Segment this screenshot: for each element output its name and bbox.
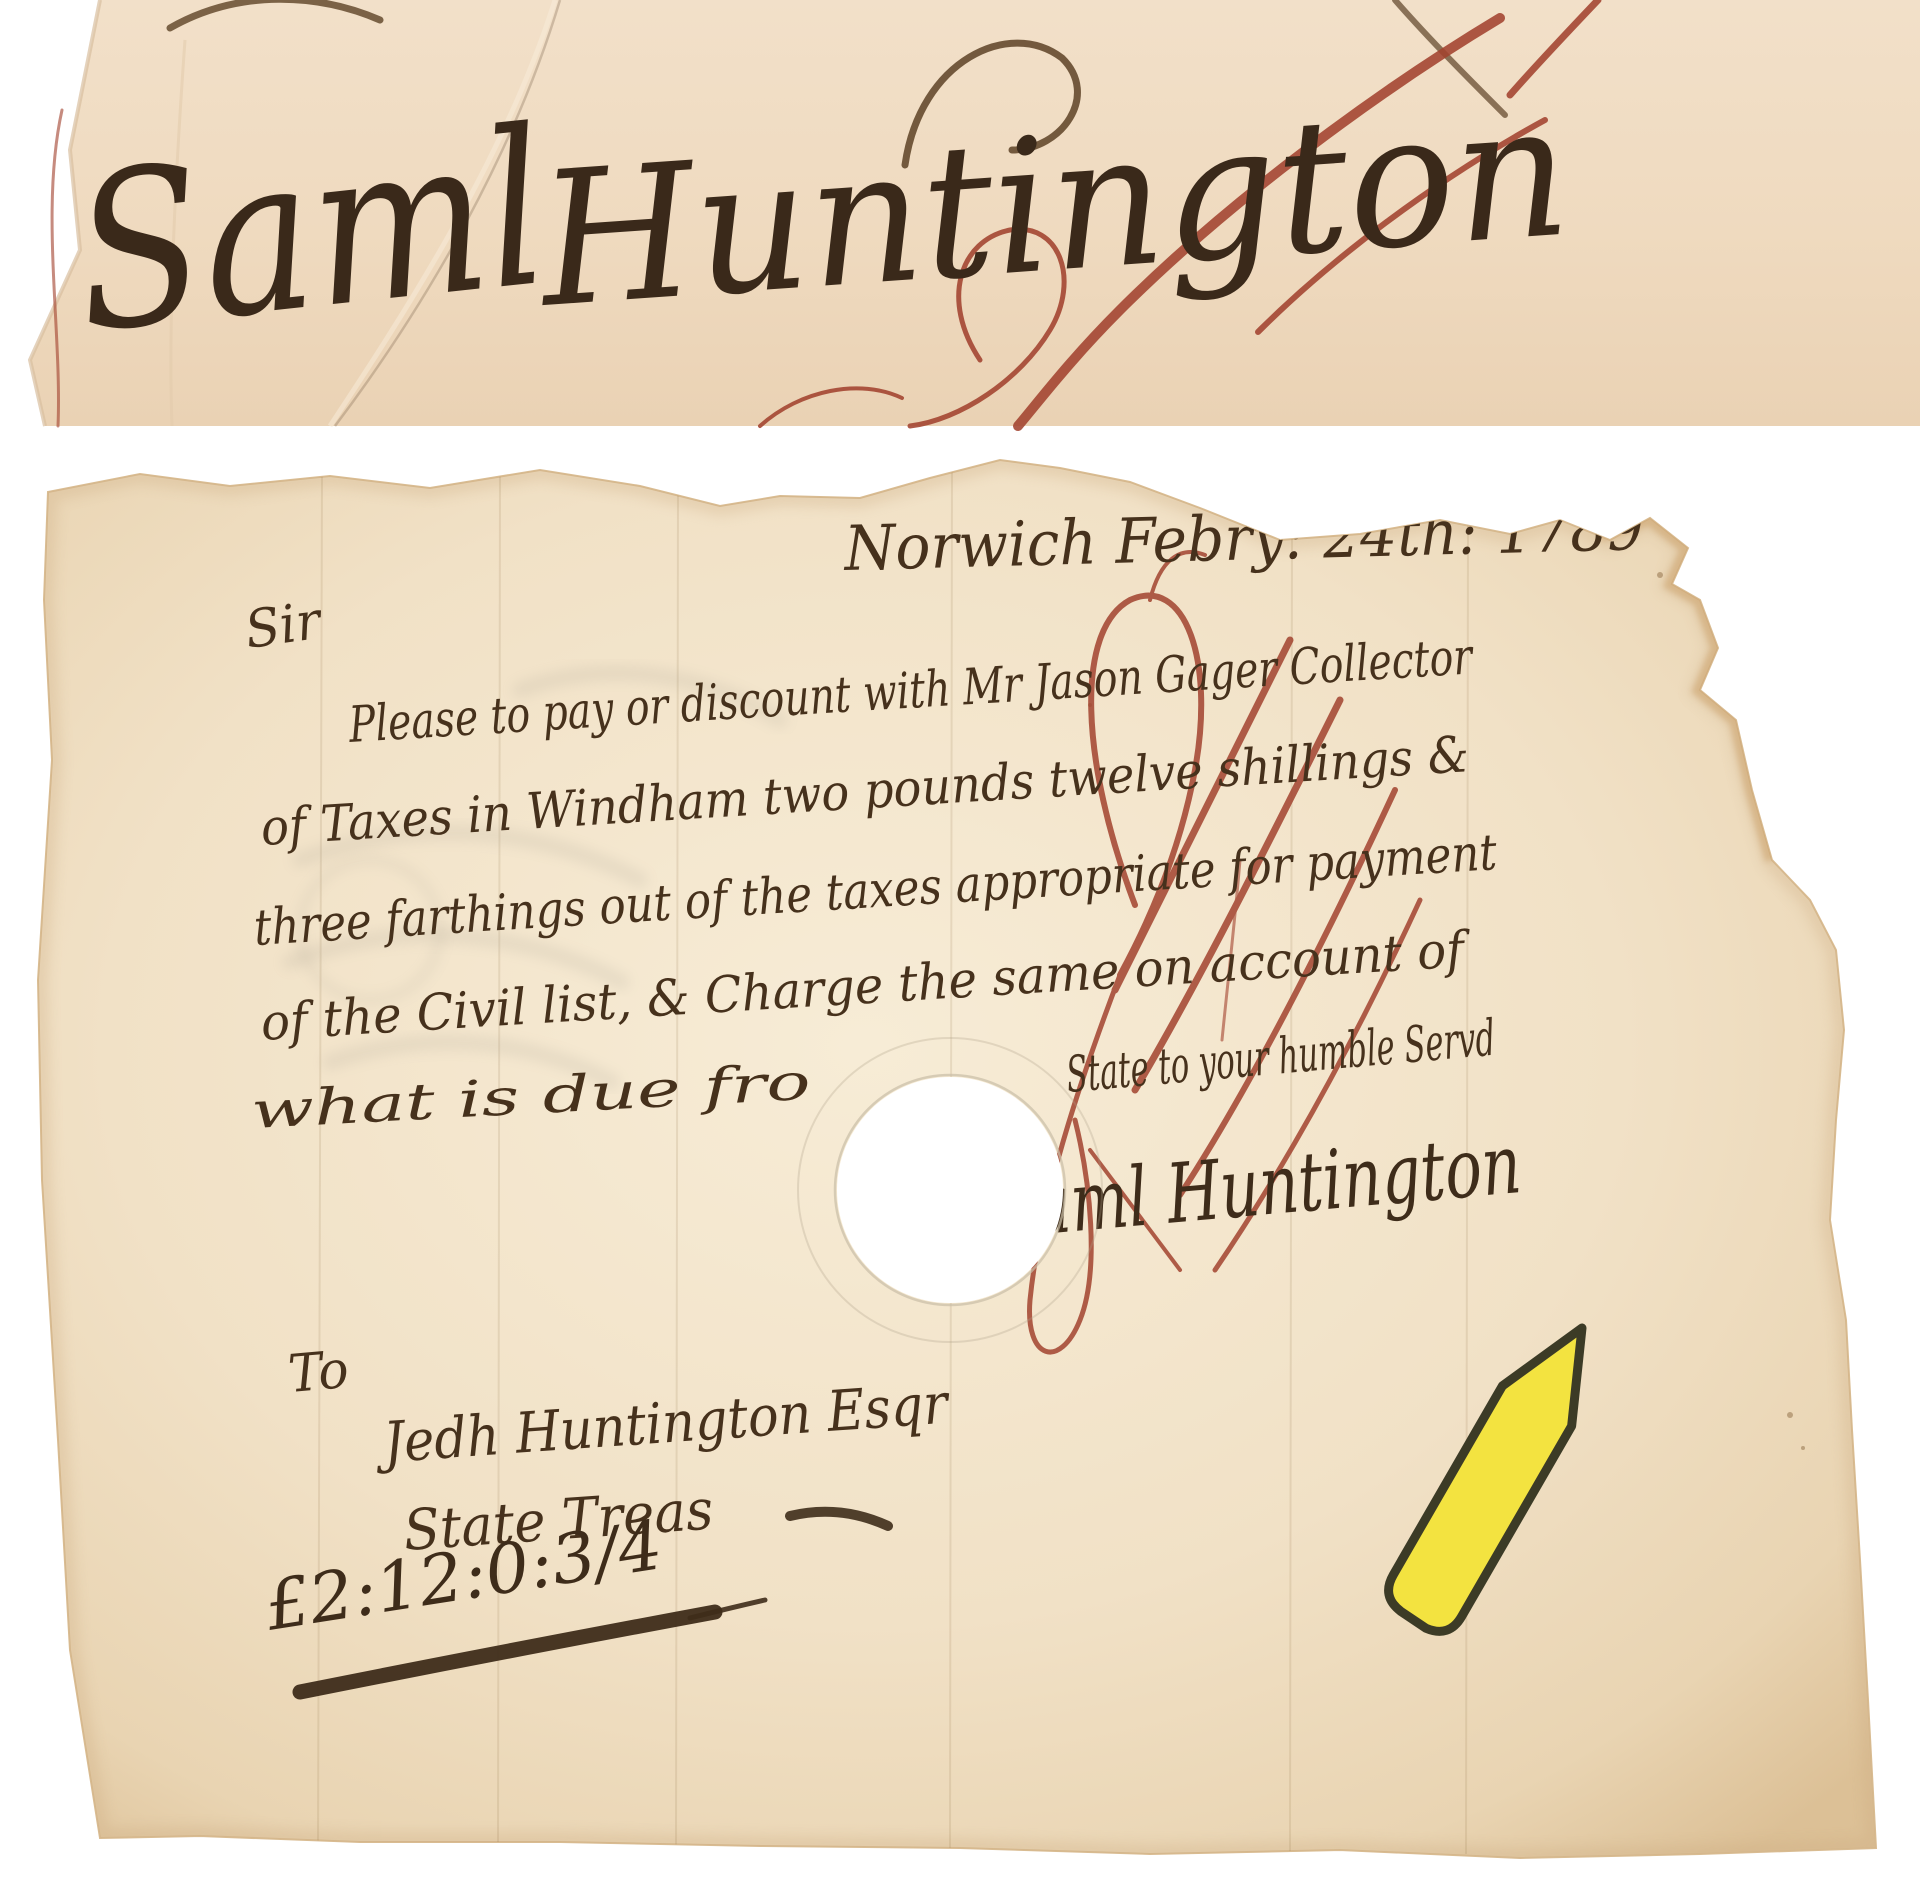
address-to: To (286, 1340, 351, 1405)
salutation: Sir (241, 591, 327, 661)
scanned-document-page: Saml Huntington (0, 0, 1920, 1892)
document-photo: Norwich Febry: 24th: 1789 Sir Please to … (38, 460, 1876, 1858)
document-scan: Saml Huntington (0, 0, 1920, 1892)
signature-closeup-strip: Saml Huntington (0, 0, 1920, 426)
closeup-signature-first-name: Saml (64, 82, 558, 381)
